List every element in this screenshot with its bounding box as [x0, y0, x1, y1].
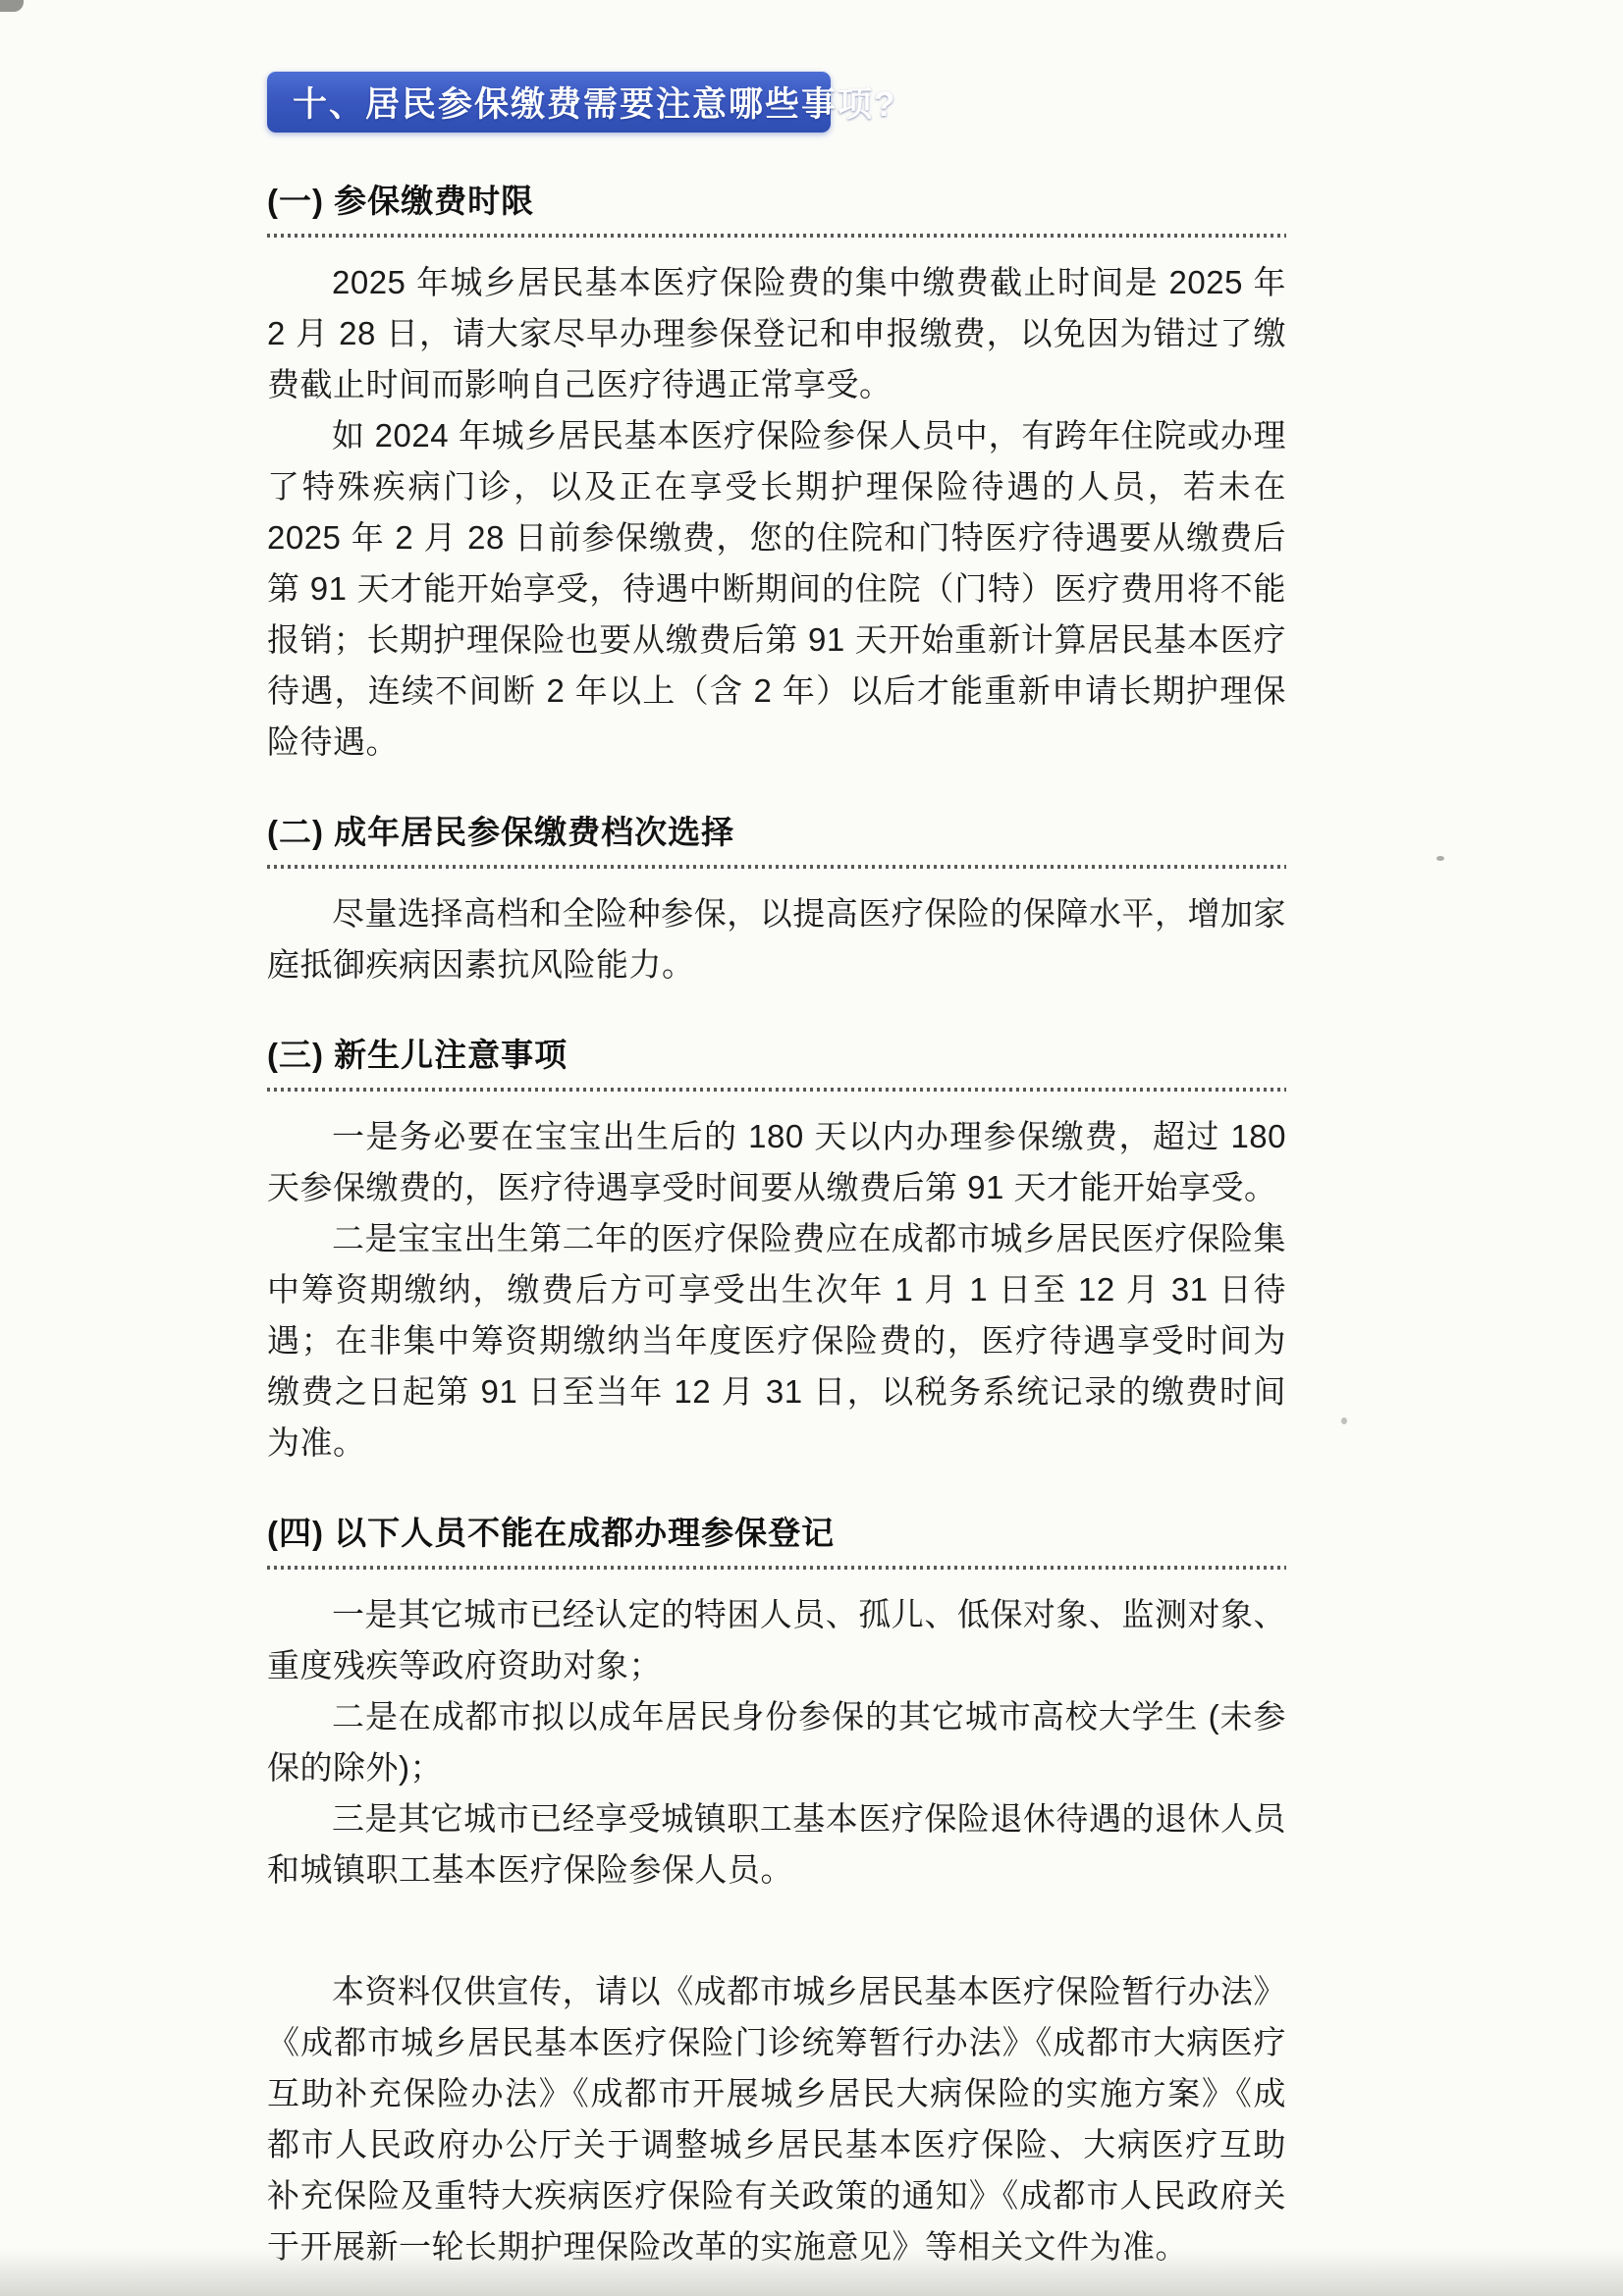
paragraph: 尽量选择高档和全险种参保，以提高医疗保险的保障水平，增加家庭抵御疾病因素抗风险能… [267, 888, 1286, 990]
section-banner: 十、居民参保缴费需要注意哪些事项? [267, 72, 831, 133]
subsection-heading: (四) 以下人员不能在成都办理参保登记 [267, 1508, 1286, 1554]
dotted-divider [267, 234, 1286, 238]
subsection-body: 尽量选择高档和全险种参保，以提高医疗保险的保障水平，增加家庭抵御疾病因素抗风险能… [267, 888, 1286, 990]
subsection-heading: (二) 成年居民参保缴费档次选择 [267, 807, 1286, 853]
scan-page-edge [0, 2249, 1623, 2296]
paragraph: 一是务必要在宝宝出生后的 180 天以内办理参保缴费，超过 180 天参保缴费的… [267, 1111, 1286, 1213]
paragraph: 三是其它城市已经享受城镇职工基本医疗保险退休待遇的退休人员和城镇职工基本医疗保险… [267, 1793, 1286, 1896]
subsection-heading: (一) 参保缴费时限 [267, 176, 1286, 222]
dotted-divider [267, 1566, 1286, 1570]
subsection-body: 一是其它城市已经认定的特困人员、孤儿、低保对象、监测对象、重度残疾等政府资助对象… [267, 1589, 1286, 1896]
scan-speck [1341, 1417, 1347, 1424]
banner-title: 十、居民参保缴费需要注意哪些事项? [293, 78, 896, 127]
paragraph: 2025 年城乡居民基本医疗保险费的集中缴费截止时间是 2025 年 2 月 2… [267, 257, 1286, 410]
subsection-heading: (三) 新生儿注意事项 [267, 1030, 1286, 1076]
scan-corner-artifact [0, 0, 24, 12]
paragraph: 二是在成都市拟以成年居民身份参保的其它城市高校大学生 (未参保的除外)； [267, 1691, 1286, 1793]
disclaimer-paragraph: 本资料仅供宣传，请以《成都市城乡居民基本医疗保险暂行办法》《成都市城乡居民基本医… [267, 1966, 1286, 2272]
dotted-divider [267, 1088, 1286, 1092]
subsection-newborn-notes: (三) 新生儿注意事项 一是务必要在宝宝出生后的 180 天以内办理参保缴费，超… [267, 1030, 1286, 1468]
subsection-ineligible-persons: (四) 以下人员不能在成都办理参保登记 一是其它城市已经认定的特困人员、孤儿、低… [267, 1508, 1286, 1896]
document-page: 十、居民参保缴费需要注意哪些事项? (一) 参保缴费时限 2025 年城乡居民基… [267, 72, 1286, 2272]
paragraph: 如 2024 年城乡居民基本医疗保险参保人员中，有跨年住院或办理了特殊疾病门诊，… [267, 410, 1286, 768]
subsection-payment-deadline: (一) 参保缴费时限 2025 年城乡居民基本医疗保险费的集中缴费截止时间是 2… [267, 176, 1286, 768]
paragraph: 一是其它城市已经认定的特困人员、孤儿、低保对象、监测对象、重度残疾等政府资助对象… [267, 1589, 1286, 1691]
scan-speck [1436, 856, 1444, 861]
subsection-tier-selection: (二) 成年居民参保缴费档次选择 尽量选择高档和全险种参保，以提高医疗保险的保障… [267, 807, 1286, 990]
subsection-body: 2025 年城乡居民基本医疗保险费的集中缴费截止时间是 2025 年 2 月 2… [267, 257, 1286, 768]
paragraph: 二是宝宝出生第二年的医疗保险费应在成都市城乡居民医疗保险集中筹资期缴纳，缴费后方… [267, 1213, 1286, 1468]
subsection-body: 一是务必要在宝宝出生后的 180 天以内办理参保缴费，超过 180 天参保缴费的… [267, 1111, 1286, 1468]
dotted-divider [267, 865, 1286, 869]
